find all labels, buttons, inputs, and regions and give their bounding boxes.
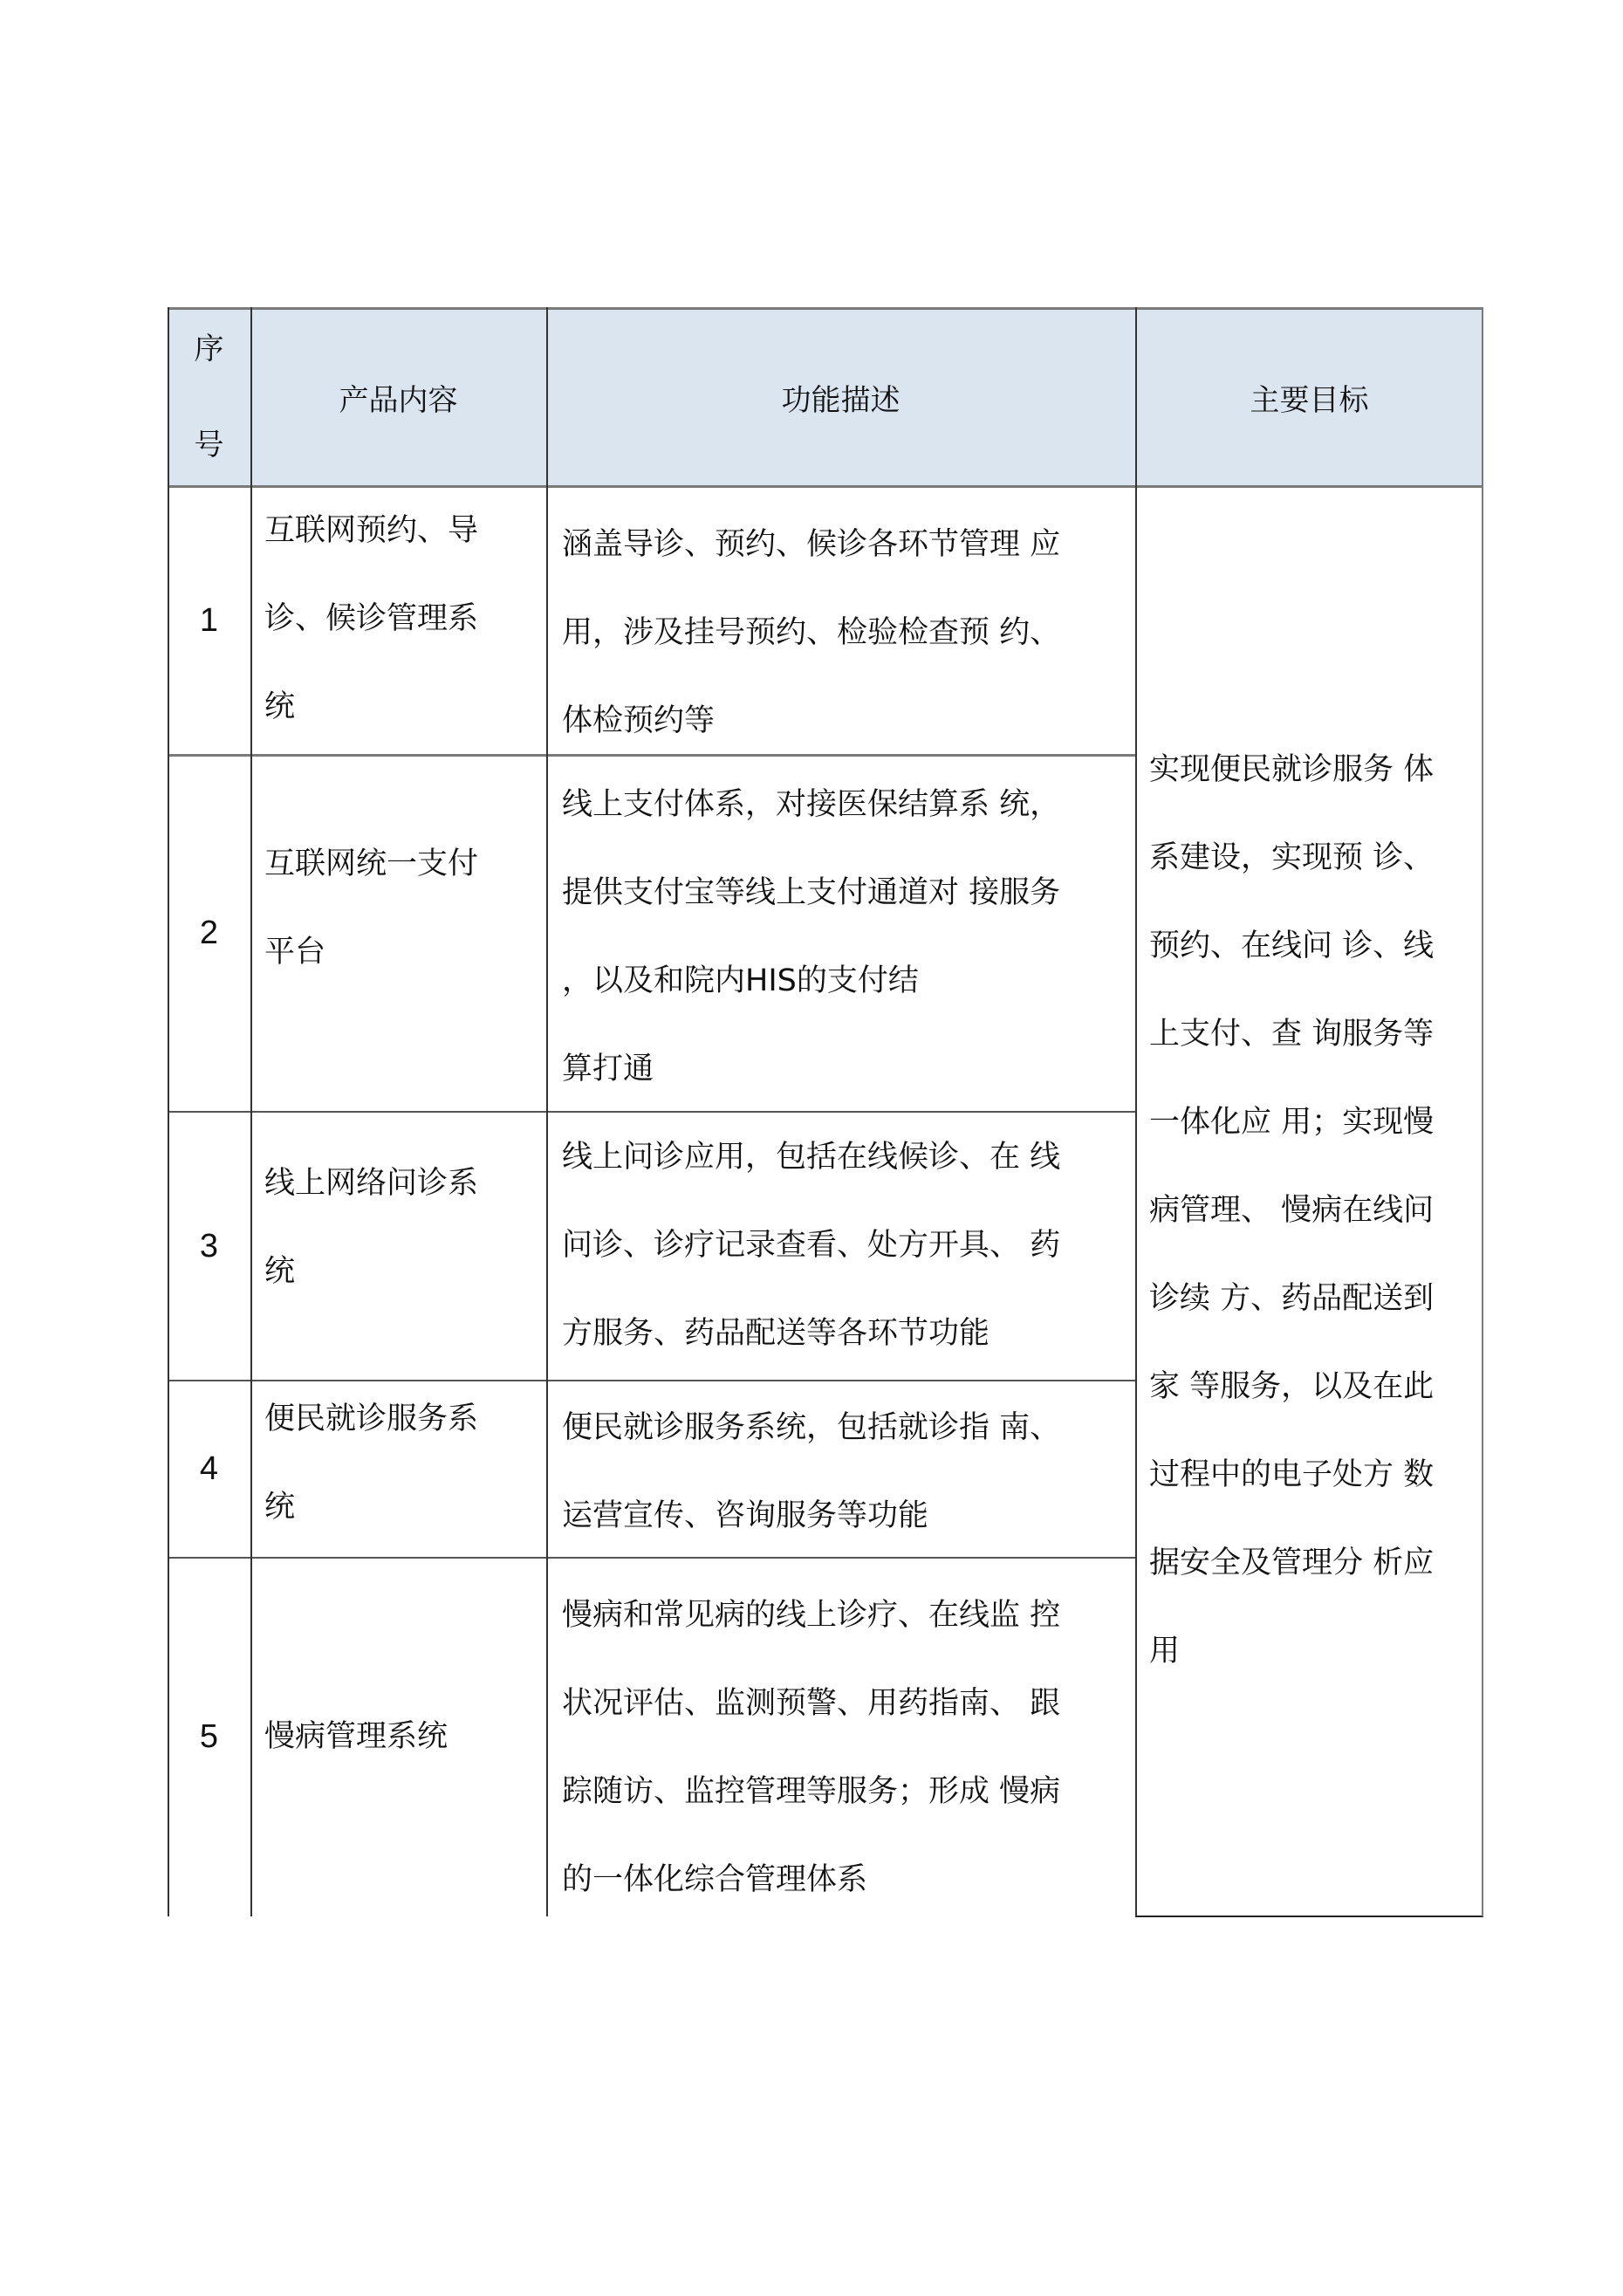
row-5-description: 慢病和常见病的线上诊疗、在线监 控 状况评估、监测预警、用药指南、 跟 踪随访、… <box>546 1572 1135 1916</box>
header-product: 产品内容 <box>250 307 546 487</box>
row-2-description: 线上支付体系，对接医保结算系 统， 提供支付宝等线上支付通道对 接服务 ，以及和… <box>546 761 1135 1112</box>
table-left-border <box>168 307 169 1916</box>
row-2-seq: 2 <box>168 755 250 1112</box>
row-seq-label: 2 <box>200 915 218 952</box>
row-seq-label: 1 <box>200 602 218 640</box>
header-goal: 主要目标 <box>1135 307 1483 487</box>
row-2-product: 互联网统一支付 平台 <box>250 820 546 1082</box>
row-1-seq: 1 <box>168 487 250 755</box>
row-3-seq: 3 <box>168 1112 250 1381</box>
header-goal-label: 主要目标 <box>1250 376 1369 419</box>
row-4-product: 便民就诊服务系 统 <box>250 1375 546 1558</box>
row-1-bottom-border <box>168 754 1135 757</box>
row-seq-label: 5 <box>200 1718 218 1756</box>
col-2-border <box>546 307 548 1916</box>
header-seq: 序 号 <box>168 307 250 487</box>
header-bottom-border <box>168 485 1483 488</box>
row-4-description: 便民就诊服务系统，包括就诊指 南、 运营宣传、咨询服务等功能 <box>546 1384 1135 1558</box>
row-3-product: 线上网络问诊系 统 <box>250 1140 546 1367</box>
goal-bottom-border <box>1135 1916 1483 1917</box>
table-right-border <box>1482 307 1483 1916</box>
row-4-seq: 4 <box>168 1381 250 1558</box>
row-4-bottom-border <box>168 1557 1135 1559</box>
row-5-seq: 5 <box>168 1558 250 1916</box>
row-2-bottom-border <box>168 1111 1135 1113</box>
header-seq-bottom: 号 <box>195 397 224 493</box>
header-function: 功能描述 <box>546 307 1135 487</box>
document-page: 序 号 产品内容 功能描述 主要目标 1 互联网预约、导 诊、候诊管理系 统 涵… <box>0 0 1623 2296</box>
header-function-label: 功能描述 <box>782 376 901 419</box>
header-product-label: 产品内容 <box>339 376 458 419</box>
goal-merged-cell: 实现便民就诊服务 体 系建设，实现预 诊、 预约、在线问 诊、线 上支付、查 询… <box>1135 726 1483 1773</box>
row-5-product-label: 慢病管理系统 <box>264 1693 448 1781</box>
row-5-product: 慢病管理系统 <box>250 1558 546 1916</box>
row-3-description: 线上问诊应用，包括在线候诊、在 线 问诊、诊疗记录查看、处方开具、 药 方服务、… <box>546 1114 1135 1381</box>
row-seq-label: 4 <box>200 1450 218 1488</box>
col-1-border <box>250 307 252 1916</box>
table-top-border <box>168 307 1483 310</box>
col-3-border <box>1135 307 1137 1916</box>
product-table: 序 号 产品内容 功能描述 主要目标 1 互联网预约、导 诊、候诊管理系 统 涵… <box>168 307 1483 1916</box>
row-3-bottom-border <box>168 1380 1135 1381</box>
header-seq-top: 序 <box>195 301 224 397</box>
row-1-description: 涵盖导诊、预约、候诊各环节管理 应 用，涉及挂号预约、检验检查预 约、 体检预约… <box>546 501 1135 755</box>
row-1-product: 互联网预约、导 诊、候诊管理系 统 <box>250 487 546 755</box>
row-seq-label: 3 <box>200 1228 218 1265</box>
